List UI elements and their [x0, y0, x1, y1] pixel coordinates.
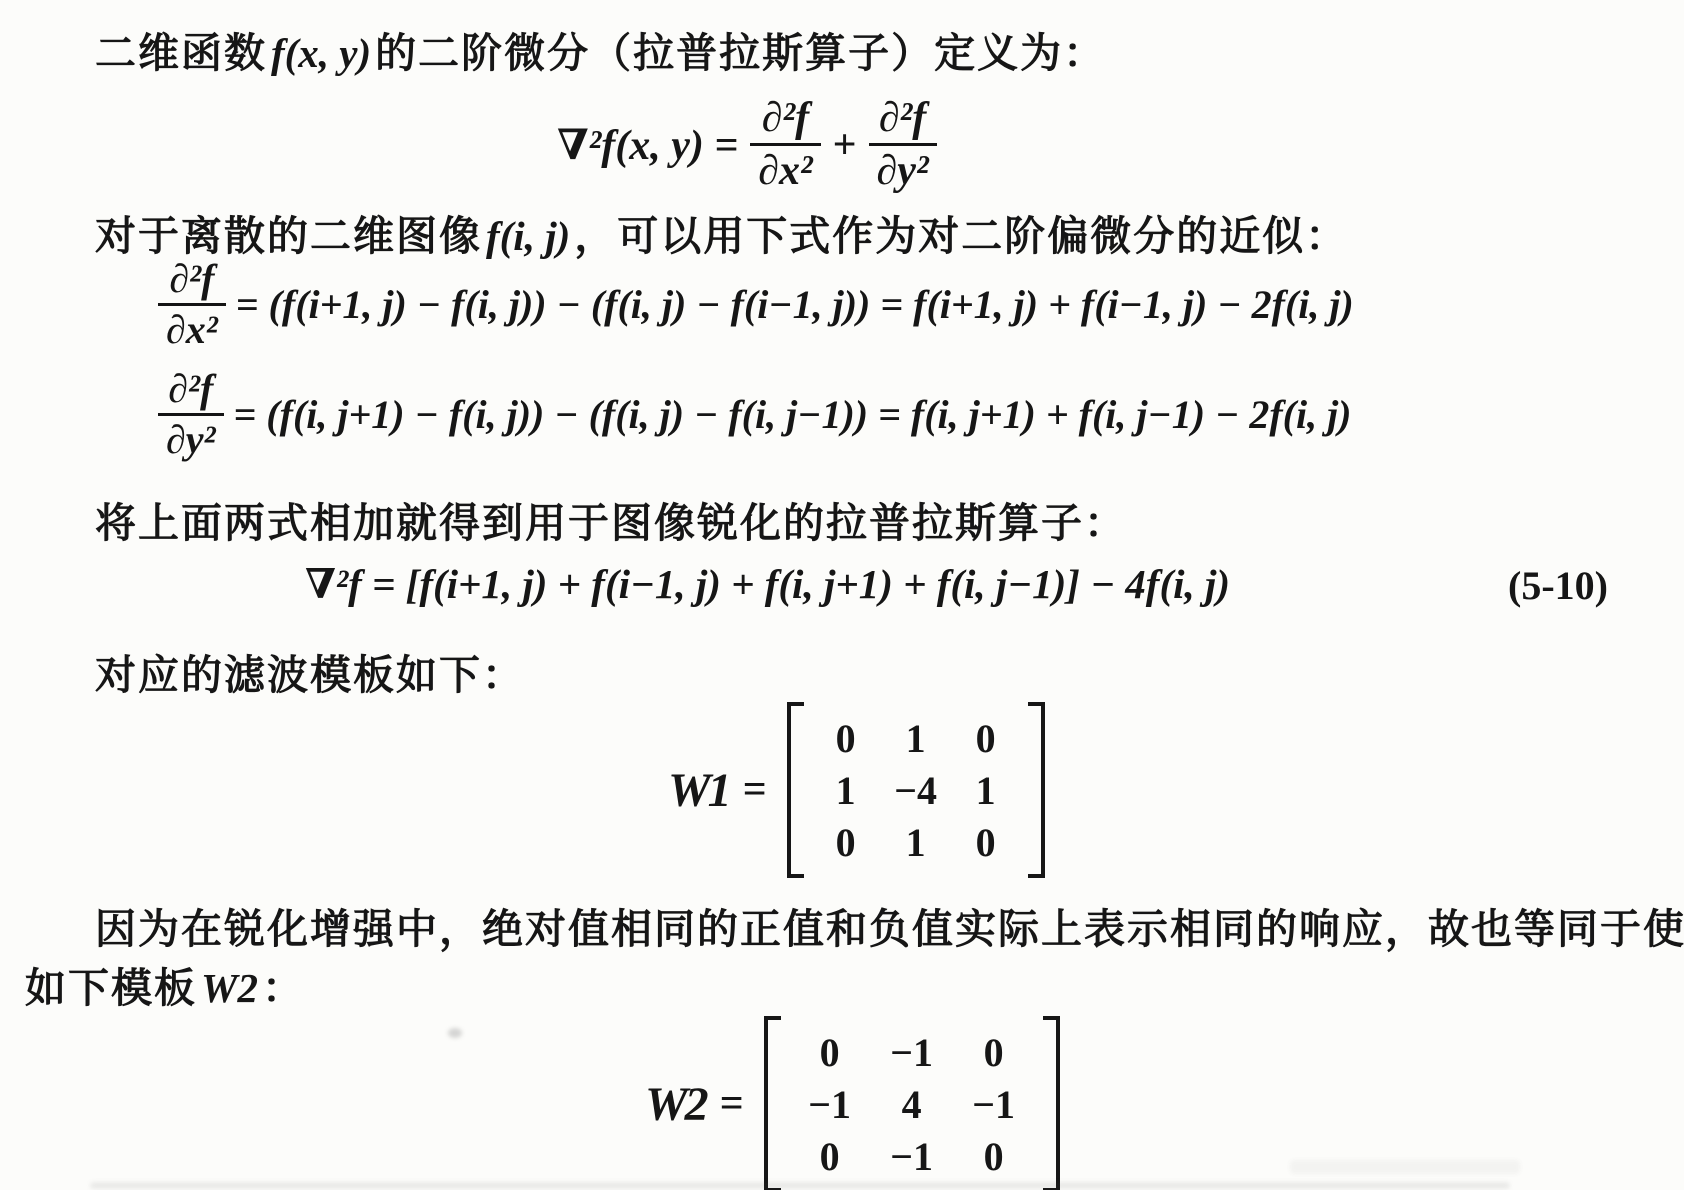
inline-math-fij: f(i, j)	[482, 213, 574, 259]
matrix-w1: 0 1 0 1 −4 1 0 1 0	[787, 702, 1045, 878]
text-run: 的二阶微分（拉普拉斯算子）定义为：	[375, 30, 1106, 76]
equation-rhs: = (f(i, j+1) − f(i, j)) − (f(i, j) − f(i…	[234, 391, 1352, 438]
equals-sign: =	[743, 766, 767, 814]
paragraph-discrete-approximation: 对于离散的二维图像f(i, j)，可以用下式作为对二阶偏微分的近似：	[95, 203, 1348, 262]
fraction-d2f-dx2: ∂²f ∂x²	[158, 258, 226, 351]
fraction-denominator: ∂x²	[750, 143, 820, 193]
matrix-cell: 0	[820, 1133, 840, 1180]
matrix-w2-label: W2	[645, 1077, 706, 1132]
fraction-d2f-dx2: ∂²f ∂x²	[750, 96, 820, 193]
matrix-w1-cells: 0 1 0 1 −4 1 0 1 0	[804, 702, 1028, 878]
scan-smudge-bottom	[90, 1182, 1510, 1189]
matrix-cell: 0	[984, 1029, 1004, 1076]
text-run: 对于离散的二维图像	[95, 213, 482, 259]
fraction-numerator: ∂²f	[160, 368, 221, 413]
fraction-denominator: ∂y²	[158, 413, 224, 461]
fraction-d2f-dy2: ∂²f ∂y²	[158, 368, 224, 461]
inline-math-w2: W2	[197, 965, 262, 1011]
plus-operator: +	[833, 121, 857, 169]
paragraph-laplacian-definition: 二维函数f(x, y)的二阶微分（拉普拉斯算子）定义为：	[95, 20, 1106, 79]
paragraph-filter-template: 对应的滤波模板如下：	[95, 642, 525, 701]
matrix-cell: 0	[984, 1133, 1004, 1180]
equation-second-partial-y: ∂²f ∂y² = (f(i, j+1) − f(i, j)) − (f(i, …	[158, 368, 1352, 461]
matrix-w1-block: W1 = 0 1 0 1 −4 1 0 1 0	[668, 702, 1045, 878]
fraction-denominator: ∂x²	[158, 303, 226, 351]
matrix-cell: 4	[902, 1081, 922, 1128]
matrix-cell: −1	[808, 1081, 851, 1128]
matrix-cell: 0	[976, 715, 996, 762]
matrix-w2-cells: 0 −1 0 −1 4 −1 0 −1 0	[781, 1016, 1043, 1190]
equals-sign: =	[720, 1080, 744, 1128]
matrix-w2: 0 −1 0 −1 4 −1 0 −1 0	[764, 1016, 1060, 1190]
paragraph-sharpening-line2: 如下模板W2：	[25, 955, 305, 1014]
fraction-numerator: ∂²f	[161, 258, 222, 303]
fraction-d2f-dy2: ∂²f ∂y²	[869, 96, 937, 193]
text-run: 如下模板	[25, 965, 197, 1011]
left-bracket	[787, 702, 804, 878]
matrix-cell: −4	[894, 767, 937, 814]
matrix-cell: 0	[836, 715, 856, 762]
fraction-denominator: ∂y²	[869, 143, 937, 193]
right-bracket	[1028, 702, 1045, 878]
matrix-cell: 0	[820, 1029, 840, 1076]
matrix-cell: −1	[972, 1081, 1015, 1128]
inline-math-fxy: f(x, y)	[267, 30, 375, 76]
matrix-cell: 0	[976, 819, 996, 866]
equation-laplacian-definition: ∇²f(x, y) = ∂²f ∂x² + ∂²f ∂y²	[557, 96, 937, 193]
matrix-w1-label: W1	[668, 763, 729, 818]
text-run: ，可以用下式作为对二阶偏微分的近似：	[574, 213, 1348, 259]
equation-number: (5-10)	[1508, 562, 1608, 609]
paragraph-sum-of-equations: 将上面两式相加就得到用于图像锐化的拉普拉斯算子：	[95, 490, 1127, 549]
scan-smudge-corner	[1290, 1160, 1520, 1174]
scanned-book-page: { "page": { "p1": { "pre": "二维函数", "math…	[0, 0, 1684, 1190]
matrix-w2-block: W2 = 0 −1 0 −1 4 −1 0 −1 0	[645, 1016, 1060, 1190]
matrix-cell: 1	[976, 767, 996, 814]
matrix-cell: −1	[890, 1133, 933, 1180]
text-run: ：	[262, 965, 305, 1011]
matrix-cell: 1	[906, 819, 926, 866]
scan-speck	[448, 1028, 462, 1038]
equation-5-10-body: ∇²f = [f(i+1, j) + f(i−1, j) + f(i, j+1)…	[305, 560, 1230, 608]
matrix-cell: −1	[890, 1029, 933, 1076]
left-bracket	[764, 1016, 781, 1190]
matrix-cell: 1	[906, 715, 926, 762]
paragraph-sharpening-line1: 因为在锐化增强中，绝对值相同的正值和负值实际上表示相同的响应，故也等同于使用	[95, 896, 1684, 955]
text-run: 二维函数	[95, 30, 267, 76]
equation-rhs: = (f(i+1, j) − f(i, j)) − (f(i, j) − f(i…	[236, 281, 1354, 328]
fraction-numerator: ∂²f	[754, 96, 817, 143]
matrix-cell: 1	[836, 767, 856, 814]
fraction-numerator: ∂²f	[871, 96, 934, 143]
right-bracket	[1043, 1016, 1060, 1190]
equation-second-partial-x: ∂²f ∂x² = (f(i+1, j) − f(i, j)) − (f(i, …	[158, 258, 1354, 351]
matrix-cell: 0	[836, 819, 856, 866]
equation-lhs: ∇²f(x, y) =	[557, 120, 738, 170]
